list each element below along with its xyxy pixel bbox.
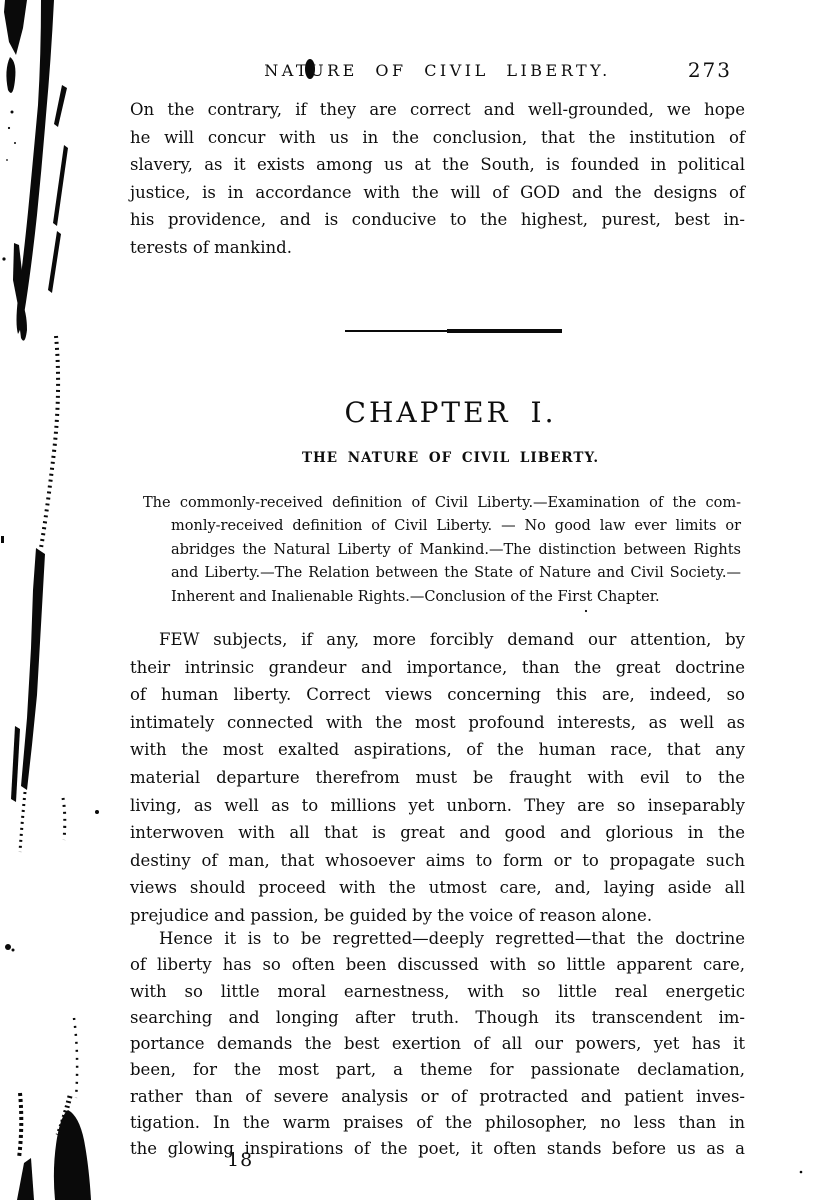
text-line: Hence it is to be regretted—deeply regre… bbox=[130, 926, 745, 952]
paragraph-intro: On the contrary, if they are correct and… bbox=[130, 96, 745, 261]
paragraph-1: FEW subjects, if any, more forcibly dema… bbox=[130, 626, 745, 930]
text-line: and Liberty.—The Relation between the St… bbox=[143, 562, 741, 585]
text-line: terests of mankind. bbox=[130, 234, 745, 262]
text-line: tigation. In the warm praises of the phi… bbox=[130, 1110, 745, 1136]
chapter-heading: CHAPTER I. bbox=[143, 396, 758, 429]
text-line: slavery, as it exists among us at the So… bbox=[130, 151, 745, 179]
text-line: of liberty has so often been discussed w… bbox=[130, 952, 745, 978]
text-line: material departure therefrom must be fra… bbox=[130, 764, 745, 792]
section-divider bbox=[345, 330, 562, 332]
running-header: NATURE OF CIVIL LIBERTY. 273 bbox=[130, 58, 745, 84]
signature-mark: 18 bbox=[227, 1149, 253, 1171]
text-line: portance demands the best exertion of al… bbox=[130, 1031, 745, 1057]
text-line: monly-received definition of Civil Liber… bbox=[143, 515, 741, 538]
text-line: views should proceed with the utmost car… bbox=[130, 874, 745, 902]
book-page: NATURE OF CIVIL LIBERTY. 273 On the cont… bbox=[0, 0, 831, 1200]
text-line: interwoven with all that is great and go… bbox=[130, 819, 745, 847]
chapter-synopsis: The commonly-received definition of Civi… bbox=[143, 492, 741, 609]
page-number: 273 bbox=[688, 58, 732, 82]
text-line: justice, is in accordance with the will … bbox=[130, 179, 745, 207]
text-line: with so little moral earnestness, with s… bbox=[130, 979, 745, 1005]
text-line: his providence, and is conducive to the … bbox=[130, 206, 745, 234]
text-line: destiny of man, that whosoever aims to f… bbox=[130, 847, 745, 875]
text-line: rather than of severe analysis or of pro… bbox=[130, 1084, 745, 1110]
text-line: abridges the Natural Liberty of Mankind.… bbox=[143, 539, 741, 562]
running-title: NATURE OF CIVIL LIBERTY. bbox=[130, 58, 745, 80]
text-line: Inherent and Inalienable Rights.—Conclus… bbox=[143, 586, 741, 609]
text-line: The commonly-received definition of Civi… bbox=[143, 492, 741, 515]
text-line: FEW subjects, if any, more forcibly dema… bbox=[130, 626, 745, 654]
chapter-subheading: THE NATURE OF CIVIL LIBERTY. bbox=[143, 450, 758, 466]
text-line: living, as well as to millions yet unbor… bbox=[130, 792, 745, 820]
text-line: the glowing inspirations of the poet, it… bbox=[130, 1136, 745, 1162]
text-line: been, for the most part, a theme for pas… bbox=[130, 1057, 745, 1083]
text-line: with the most exalted aspirations, of th… bbox=[130, 736, 745, 764]
text-line: searching and longing after truth. Thoug… bbox=[130, 1005, 745, 1031]
paragraph-2: Hence it is to be regretted—deeply regre… bbox=[130, 926, 745, 1163]
text-line: On the contrary, if they are correct and… bbox=[130, 96, 745, 124]
text-column: NATURE OF CIVIL LIBERTY. 273 On the cont… bbox=[130, 0, 745, 1200]
text-line: their intrinsic grandeur and importance,… bbox=[130, 654, 745, 682]
text-line: he will concur with us in the conclusion… bbox=[130, 124, 745, 152]
text-line: of human liberty. Correct views concerni… bbox=[130, 681, 745, 709]
text-line: intimately connected with the most profo… bbox=[130, 709, 745, 737]
